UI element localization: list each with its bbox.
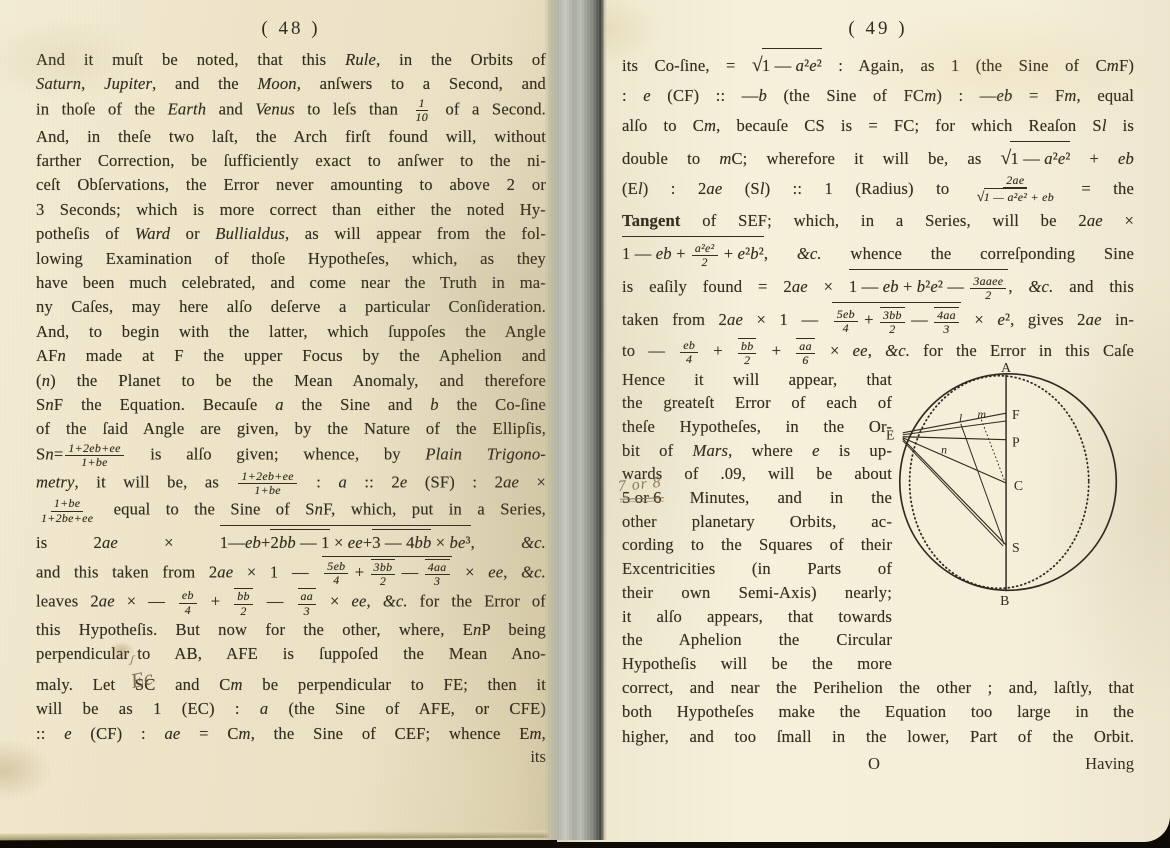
line-E-S	[903, 438, 1006, 544]
line-E-S-second	[903, 440, 1003, 545]
orbit-diagram: AFPCSBElmn	[892, 368, 1134, 610]
svg-text:C: C	[1014, 477, 1023, 492]
svg-text:S: S	[1012, 539, 1020, 554]
svg-text:m: m	[978, 407, 987, 421]
svg-text:B: B	[1000, 593, 1009, 608]
page-49-upper-text-block: its Co-ſine, = √1 — a²e² : Again, as 1 (…	[622, 48, 1134, 368]
diagram-labels: AFPCSBElmn	[886, 359, 1023, 607]
page-number-49: ( 49 )	[622, 18, 1134, 40]
page-number-48: ( 48 )	[36, 18, 546, 40]
svg-text:F: F	[1012, 407, 1020, 422]
line-m-C-dotted	[981, 420, 1005, 482]
page-49: ( 49 ) its Co-ſine, = √1 — a²e² : Again,…	[557, 0, 1170, 842]
svg-text:l: l	[959, 411, 963, 425]
svg-text:E: E	[886, 427, 894, 442]
signature-mark: O	[868, 752, 880, 776]
line-E-C	[903, 437, 1006, 482]
catchword-48: its	[36, 746, 546, 768]
signature-line: O Having	[622, 752, 1134, 776]
text-and-figure-row: Hence it will appear, thatthe greateſt E…	[622, 368, 1134, 676]
book-spread: ( 48 ) And it muſt be noted, that this R…	[0, 0, 1170, 848]
svg-text:A: A	[1001, 359, 1011, 374]
page-49-lower-text-block: correct, and near the Perihelion the oth…	[622, 676, 1134, 750]
svg-text:P: P	[1012, 434, 1020, 449]
orbit-diagram-svg: AFPCSBElmn	[886, 358, 1134, 610]
dotted-ellipse-orbit	[910, 375, 1089, 588]
svg-text:n: n	[941, 442, 947, 456]
page-48: ( 48 ) And it muſt be noted, that this R…	[0, 0, 557, 840]
page-48-text-block: And it muſt be noted, that this Rule, in…	[36, 48, 546, 746]
catchword-49: Having	[1085, 752, 1134, 776]
book-gutter	[544, 0, 607, 840]
circle-orbit	[900, 373, 1117, 590]
page-49-wrapped-text-block: Hence it will appear, thatthe greateſt E…	[622, 368, 892, 676]
line-l-S	[961, 423, 1004, 543]
